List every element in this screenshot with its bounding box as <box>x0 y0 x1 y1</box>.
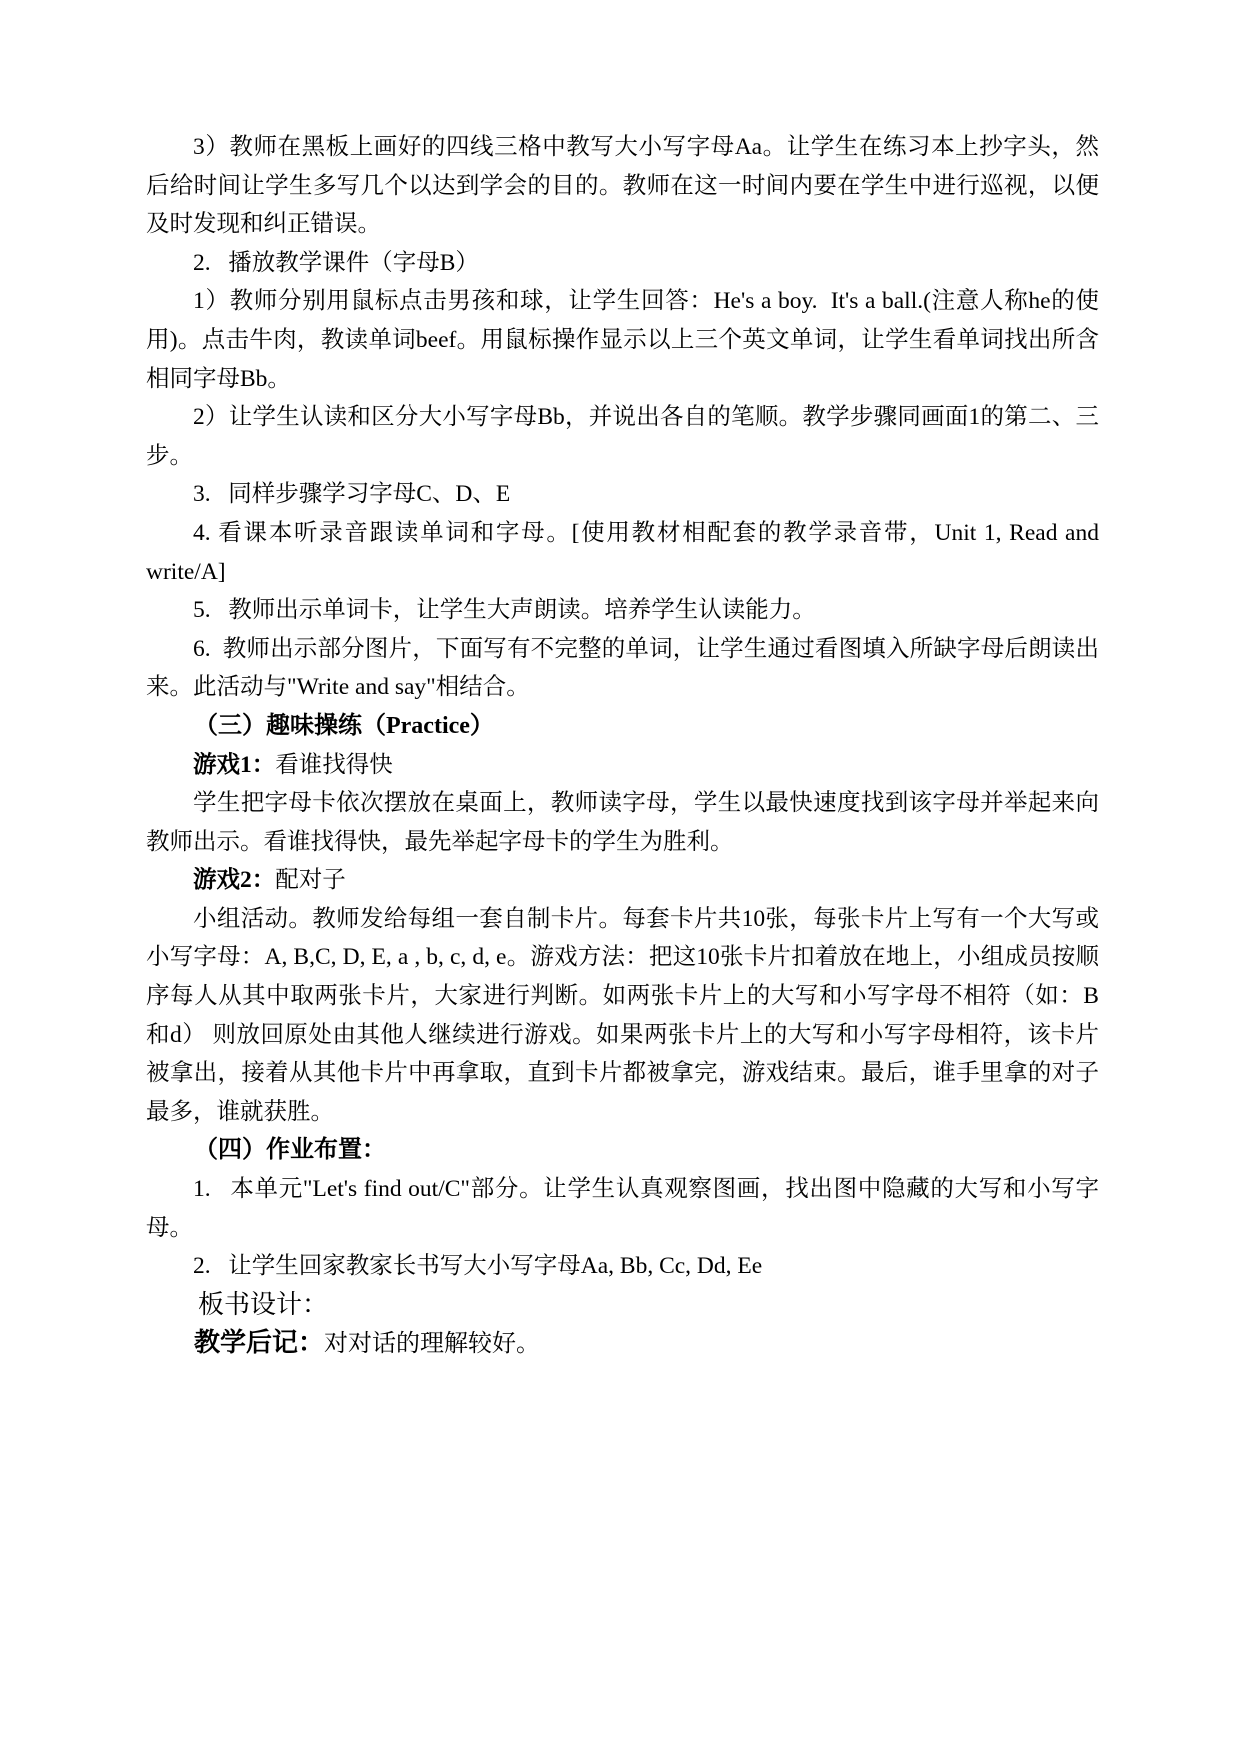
game-1-prefix: 游戏1： <box>193 752 275 778</box>
item-6-incomplete-words: 6. 教师出示部分图片，下面写有不完整的单词，让学生通过看图填入所缺字母后朗读出… <box>146 630 1099 707</box>
item-homework-2: 2. 让学生回家教家长书写大小写字母Aa, Bb, Cc, Dd, Ee <box>146 1247 1099 1286</box>
game-2-title: 配对子 <box>275 867 346 893</box>
game-1-label: 游戏1：看谁找得快 <box>146 746 1099 785</box>
item-2-play-courseware: 2. 播放教学课件（字母B） <box>146 244 1099 283</box>
item-4-listen-tape: 4. 看课本听录音跟读单词和字母。[使用教材相配套的教学录音带，Unit 1, … <box>146 514 1099 591</box>
item-homework-1: 1. 本单元"Let's find out/C"部分。让学生认真观察图画，找出图… <box>146 1170 1099 1247</box>
para-sub1-letter-b: 1）教师分别用鼠标点击男孩和球，让学生回答：He's a boy. It's a… <box>146 282 1099 398</box>
item-5-word-cards: 5. 教师出示单词卡，让学生大声朗读。培养学生认读能力。 <box>146 591 1099 630</box>
board-design-title: 板书设计： <box>146 1286 1099 1325</box>
heading-practice: （三）趣味操练（Practice） <box>146 707 1099 746</box>
para-step3-letter-a: 3）教师在黑板上画好的四线三格中教写大小写字母Aa。让学生在练习本上抄字头，然后… <box>146 128 1099 244</box>
game-2-label: 游戏2：配对子 <box>146 861 1099 900</box>
document-page: 3）教师在黑板上画好的四线三格中教写大小写字母Aa。让学生在练习本上抄字头，然后… <box>0 0 1241 1754</box>
para-game2-description: 小组活动。教师发给每组一套自制卡片。每套卡片共10张，每张卡片上写有一个大写或小… <box>146 900 1099 1132</box>
game-2-prefix: 游戏2： <box>193 867 275 893</box>
teaching-note: 教学后记：对对话的理解较好。 <box>146 1324 1099 1364</box>
para-sub2-letter-b: 2）让学生认读和区分大小写字母Bb，并说出各自的笔顺。教学步骤同画面1的第二、三… <box>146 398 1099 475</box>
teaching-note-text: 对对话的理解较好。 <box>324 1331 540 1357</box>
heading-homework: （四）作业布置： <box>146 1131 1099 1170</box>
para-game1-description: 学生把字母卡依次摆放在桌面上，教师读字母，学生以最快速度找到该字母并举起来向教师… <box>146 784 1099 861</box>
teaching-note-prefix: 教学后记： <box>194 1328 324 1357</box>
game-1-title: 看谁找得快 <box>275 752 393 778</box>
item-3-same-steps-cde: 3. 同样步骤学习字母C、D、E <box>146 475 1099 514</box>
